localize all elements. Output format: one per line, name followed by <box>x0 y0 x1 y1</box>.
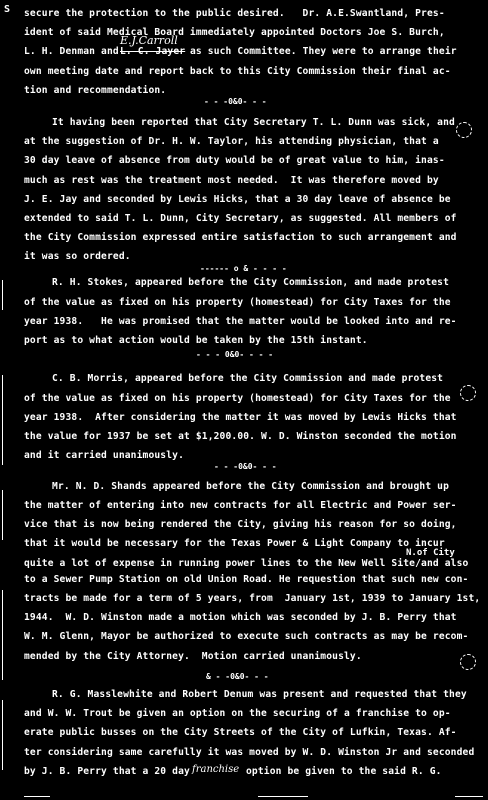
text-line: that it would be necessary for the Texas… <box>24 538 445 550</box>
text-line: Mr. N. D. Shands appeared before the Cit… <box>52 481 449 493</box>
text-line: tracts be made for a term of 5 years, fr… <box>24 593 480 605</box>
text-line: of the value as fixed on his property (h… <box>24 297 451 309</box>
text-line: at the suggestion of Dr. H. W. Taylor, h… <box>24 136 439 148</box>
text-line: the value for 1937 be set at $1,200.00. … <box>24 431 457 443</box>
text-line: tion and recommendation. <box>24 85 166 97</box>
text-line: of the value as fixed on his property (h… <box>24 393 451 405</box>
text-line: port as to what action would be taken by… <box>24 335 368 347</box>
text-line: C. B. Morris, appeared before the City C… <box>52 373 443 385</box>
text-line: much as rest was the treatment most need… <box>24 175 439 187</box>
text-line: 1944. W. D. Winston made a motion which … <box>24 612 457 624</box>
section-separator: - - -0&0- - - <box>214 462 277 472</box>
text-line: erate public busses on the City Streets … <box>24 727 457 739</box>
text-line: J. E. Jay and seconded by Lewis Hicks, t… <box>24 194 451 206</box>
text-line: it was so ordered. <box>24 251 131 263</box>
margin-mark <box>2 590 3 680</box>
scanned-document-page: S secure the protection to the public de… <box>0 0 488 800</box>
punch-hole-mark <box>460 654 476 670</box>
text-line: L. H. Denman and <box>24 46 119 58</box>
margin-mark <box>2 700 3 770</box>
text-line: and W. W. Trout be given an option on th… <box>24 708 451 720</box>
text-line: R. G. Masslewhite and Robert Denum was p… <box>52 689 467 701</box>
struck-text: L. C. Jayer <box>120 46 185 58</box>
text-line: ter considering same carefully it was mo… <box>24 747 474 759</box>
text-line: quite a lot of expense in running power … <box>24 558 468 570</box>
section-separator: - - - 0&0- - - - <box>196 350 273 360</box>
text-line: ident of said Medical Board immediately … <box>24 27 445 39</box>
text-line: as such Committee. They were to arrange … <box>190 46 457 58</box>
inserted-text: N.of City <box>406 548 455 558</box>
text-line: year 1938. After considering the matter … <box>24 412 457 424</box>
text-line: W. M. Glenn, Mayor be authorized to exec… <box>24 631 468 643</box>
section-separator: - - -0&0- - - <box>204 97 267 107</box>
text-line: year 1938. He was promised that the matt… <box>24 316 457 328</box>
text-line: It having been reported that City Secret… <box>52 117 455 129</box>
scan-edge <box>258 796 308 797</box>
text-line: by J. B. Perry that a 20 day <box>24 766 190 778</box>
scan-edge <box>455 796 483 797</box>
text-line: the matter of entering into new contract… <box>24 500 457 512</box>
margin-mark <box>2 375 3 465</box>
section-separator: ------ o & - - - - <box>200 264 287 274</box>
text-line: own meeting date and report back to this… <box>24 66 451 78</box>
text-line: option be given to the said R. G. <box>246 766 442 778</box>
text-line: and it carried unanimously. <box>24 450 184 462</box>
scan-edge <box>24 796 50 797</box>
text-line: 30 day leave of absence from duty would … <box>24 155 445 167</box>
margin-note: S <box>4 4 10 15</box>
text-line: to a Sewer Pump Station on old Union Roa… <box>24 574 468 586</box>
text-line: vice that is now being rendered the City… <box>24 519 457 531</box>
text-line: the City Commission expressed entire sat… <box>24 232 457 244</box>
text-line: mended by the City Attorney. Motion carr… <box>24 651 362 663</box>
punch-hole-mark <box>460 385 476 401</box>
margin-mark <box>2 280 3 310</box>
section-separator: & - -0&0- - - <box>206 672 269 682</box>
text-line: R. H. Stokes, appeared before the City C… <box>52 277 449 289</box>
handwritten-insert: franchise <box>192 764 239 775</box>
text-line: secure the protection to the public desi… <box>24 8 445 20</box>
punch-hole-mark <box>456 122 472 138</box>
margin-mark <box>2 490 3 540</box>
text-line: extended to said T. L. Dunn, City Secret… <box>24 213 457 225</box>
